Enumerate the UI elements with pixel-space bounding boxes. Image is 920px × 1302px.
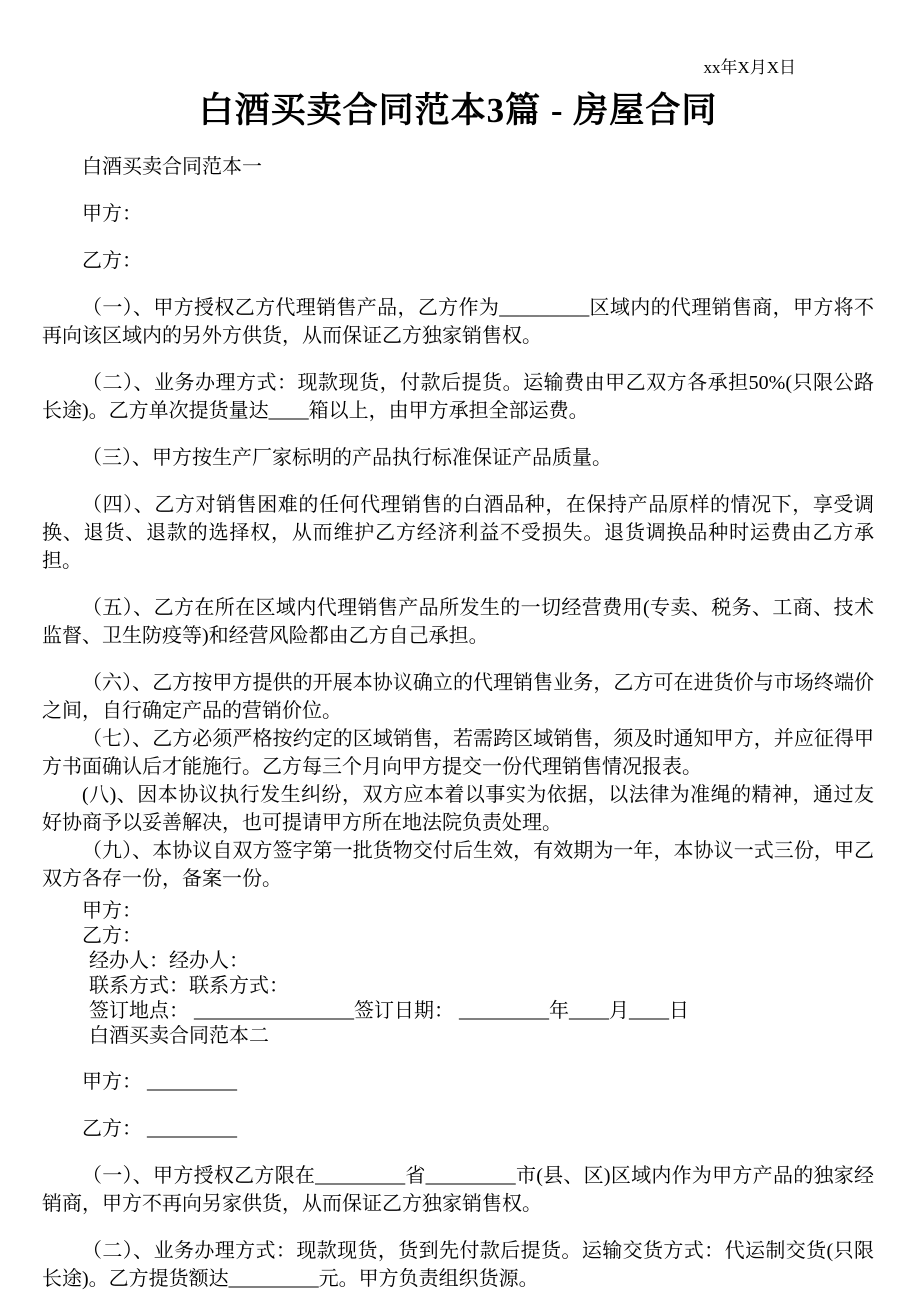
contract2-party-a-line: 甲方： _________ <box>42 1068 874 1096</box>
sign-day-label: 日 <box>669 1000 689 1022</box>
contract-document-page: xx年X月X日 白酒买卖合同范本3篇 - 房屋合同 白酒买卖合同范本一 甲方： … <box>0 0 920 1302</box>
contract2-heading: 白酒买卖合同范本二 <box>42 1024 874 1049</box>
contract1-clause-1: （一）、甲方授权乙方代理销售产品，乙方作为_________区域内的代理销售商，… <box>42 294 874 350</box>
signature-contact-line: 联系方式：联系方式： <box>42 974 874 999</box>
signature-place-date-line: 签订地点： ________________签订日期： _________年__… <box>42 999 874 1024</box>
sign-date-label: 签订日期： <box>354 1000 454 1022</box>
sign-date-blank: _________ <box>454 1000 549 1022</box>
signature-party-b-label: 乙方： <box>42 924 874 949</box>
document-date: xx年X月X日 <box>42 56 874 80</box>
sign-place-label: 签订地点： <box>89 1000 189 1022</box>
document-title: 白酒买卖合同范本3篇 - 房屋合同 <box>42 88 874 134</box>
contract1-clause-3: （三）、甲方按生产厂家标明的产品执行标准保证产品质量。 <box>42 444 874 472</box>
contract1-heading: 白酒买卖合同范本一 <box>42 153 874 181</box>
contract1-clause-4: （四）、乙方对销售困难的任何代理销售的白酒品种，在保持产品原样的情况下，享受调换… <box>42 491 874 575</box>
contract1-party-a-label: 甲方： <box>42 200 874 228</box>
sign-year-label: 年 <box>549 1000 569 1022</box>
contract1-clause-7: （七）、乙方必须严格按约定的区域销售，若需跨区域销售，须及时通知甲方，并应征得甲… <box>42 725 874 781</box>
contract1-clause-6: （六）、乙方按甲方提供的开展本协议确立的代理销售业务，乙方可在进货价与市场终端价… <box>42 669 874 725</box>
sign-place-blank: ________________ <box>189 1000 354 1022</box>
sign-month-label: 月 <box>609 1000 629 1022</box>
signature-agent-line: 经办人：经办人： <box>42 949 874 974</box>
sign-day-blank: ____ <box>629 1000 669 1022</box>
contract2-clause-2: （二）、业务办理方式：现款现货，货到先付款后提货。运输交货方式：代运制交货(只限… <box>42 1237 874 1293</box>
contract1-clause-5: （五）、乙方在所在区域内代理销售产品所发生的一切经营费用(专卖、税务、工商、技术… <box>42 594 874 650</box>
signature-party-a-label: 甲方： <box>42 899 874 924</box>
contract1-clause-2: （二）、业务办理方式：现款现货，付款后提货。运输费由甲乙双方各承担50%(只限公… <box>42 369 874 425</box>
contract1-signature-block: 甲方： 乙方： 经办人：经办人： 联系方式：联系方式： 签订地点： ______… <box>42 899 874 1049</box>
contract1-clause-8: (八)、因本协议执行发生纠纷，双方应本着以事实为依据，以法律为准绳的精神，通过友… <box>42 781 874 837</box>
contract2-party-b-line: 乙方： _________ <box>42 1115 874 1143</box>
contract2-clause-1: （一）、甲方授权乙方限在_________省_________市(县、区)区域内… <box>42 1162 874 1218</box>
contract1-clause-9: （九）、本协议自双方签字第一批货物交付后生效，有效期为一年，本协议一式三份，甲乙… <box>42 837 874 893</box>
contract1-party-b-label: 乙方： <box>42 247 874 275</box>
sign-month-blank: ____ <box>569 1000 609 1022</box>
